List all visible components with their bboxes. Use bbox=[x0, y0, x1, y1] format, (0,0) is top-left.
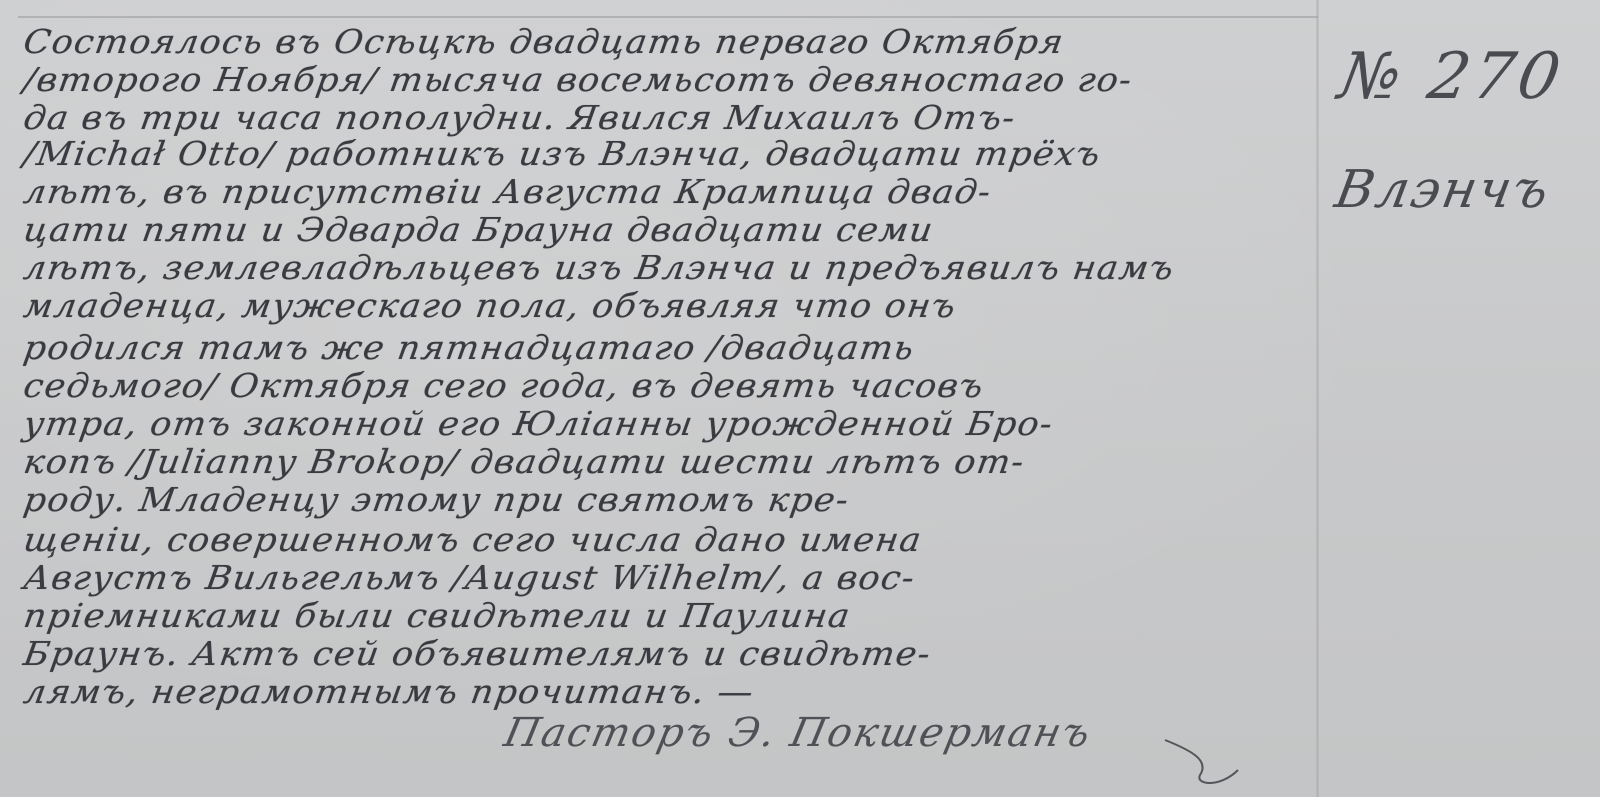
document-page: Состоялось въ Осѣцкѣ двадцать перваго Ок… bbox=[0, 0, 1600, 797]
body-line: /Michał Otto/ работникъ изъ Влэнча, двад… bbox=[21, 134, 1104, 173]
body-line: да въ три часа пополудни. Явился Михаилъ… bbox=[21, 98, 1019, 137]
record-number: № 270 bbox=[1333, 40, 1569, 114]
body-line: седьмого/ Октября сего года, въ девять ч… bbox=[21, 366, 987, 405]
body-line: родился тамъ же пятнадцатаго /двадцать bbox=[21, 328, 917, 367]
body-line: /второго Ноября/ тысяча восемьсотъ девян… bbox=[21, 60, 1135, 99]
body-line: лѣтъ, землевладѣльцевъ изъ Влэнча и пред… bbox=[21, 248, 1177, 287]
body-line: Состоялось въ Осѣцкѣ двадцать перваго Ок… bbox=[21, 22, 1067, 61]
body-line: лямъ, неграмотнымъ прочитанъ. — bbox=[21, 672, 757, 711]
pastor-signature: Пасторъ Э. Покшерманъ bbox=[500, 710, 1096, 756]
body-line: щеніи, совершенномъ сего числа дано имен… bbox=[21, 520, 925, 559]
body-line: роду. Младенцу этому при святомъ кре- bbox=[21, 480, 852, 519]
body-line: пріемниками были свидѣтели и Паулина bbox=[21, 596, 853, 635]
margin-rule-divider bbox=[1316, 0, 1319, 797]
body-line: цати пяти и Эдварда Брауна двадцати семи bbox=[21, 210, 936, 249]
body-line: лѣтъ, въ присутствіи Августа Крампица дв… bbox=[21, 172, 994, 211]
top-rule-divider bbox=[18, 16, 1318, 18]
body-line: Браунъ. Актъ сей объявителямъ и свидѣте- bbox=[21, 634, 934, 673]
body-line: младенца, мужескаго пола, объявляя что о… bbox=[21, 286, 959, 325]
body-line: копъ /Julianny Brokop/ двадцати шести лѣ… bbox=[21, 442, 1027, 481]
signature-flourish-icon bbox=[1160, 730, 1240, 790]
body-line: Августъ Вильгельмъ /August Wilhelm/, а в… bbox=[21, 558, 918, 597]
village-name: Влэнчъ bbox=[1331, 160, 1555, 220]
body-line: утра, отъ законной его Юліанны урожденно… bbox=[21, 404, 1056, 443]
